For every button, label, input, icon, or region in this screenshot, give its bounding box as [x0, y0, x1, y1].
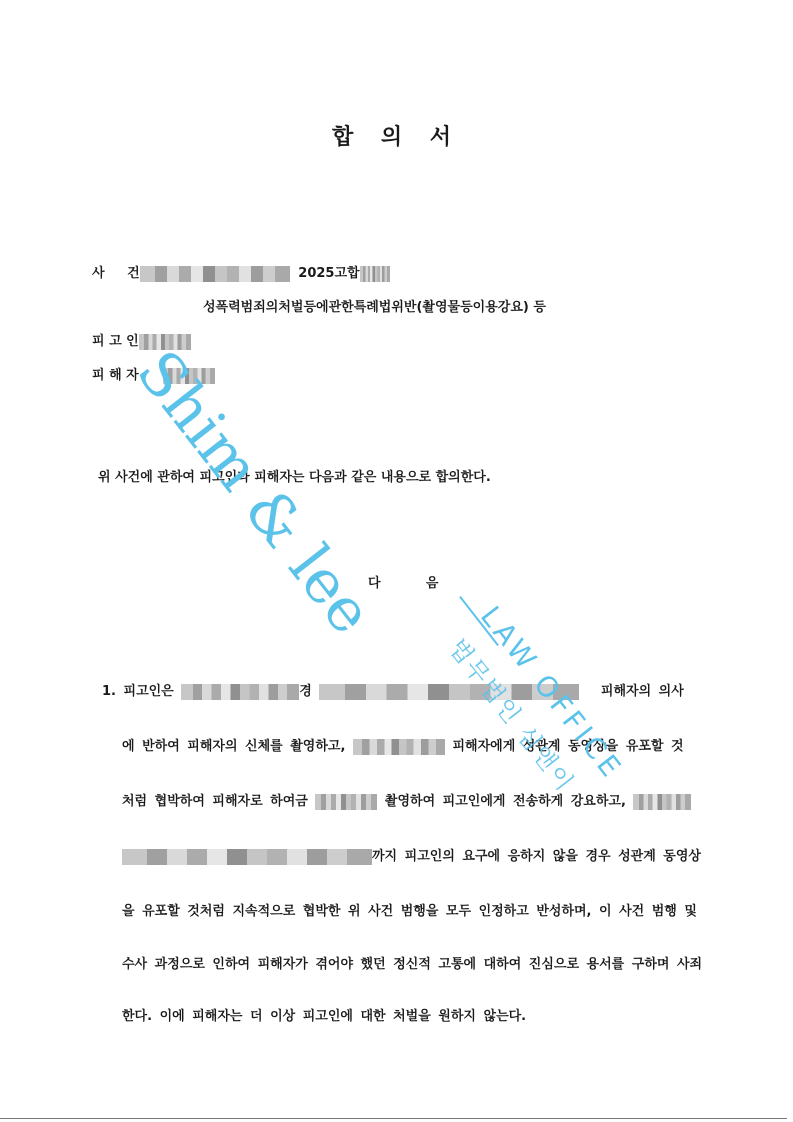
- clause-1-line-1: 1. 피고인은 경 피해자의 의사: [102, 680, 684, 700]
- clause-text: 경: [299, 684, 312, 699]
- clause-text: 1. 피고인은: [102, 684, 174, 699]
- redacted-detail: [353, 739, 445, 755]
- clause-text: 까지 피고인의 요구에 응하지 않을 경우 성관계 동영상: [372, 849, 701, 864]
- redacted-court: [140, 266, 290, 282]
- clause-1-line-3: 처럼 협박하여 피해자로 하여금 촬영하여 피고인에게 전송하게 강요하고,: [122, 790, 691, 810]
- case-number: 2025고합: [298, 266, 359, 281]
- defendant-row: 피 고 인: [92, 330, 191, 350]
- victim-label: 피 해 자: [92, 368, 139, 383]
- watermark-brand: Shim & lee: [123, 338, 386, 647]
- case-row: 사 건 2025고합: [92, 262, 390, 282]
- case-name: 성폭력범죄의처벌등에관한특례법위반(촬영물등이용강요) 등: [203, 296, 546, 315]
- clause-1-line-6: 수사 과정으로 인하여 피해자가 겪어야 했던 정신적 고통에 대하여 진심으로…: [122, 953, 702, 972]
- redacted-date: [181, 684, 299, 700]
- agreement-document: 합 의 서 사 건 2025고합 성폭력범죄의처벌등에관한특례법위반(촬영물등이…: [0, 0, 793, 1122]
- section-heading: 다 음: [368, 572, 438, 591]
- redacted-detail: [315, 794, 377, 810]
- redacted-location: [319, 684, 579, 700]
- victim-row: 피 해 자: [92, 364, 215, 384]
- watermark-divider: [459, 596, 499, 646]
- watermark-korean-name: 법무법인 심앤이: [442, 630, 584, 798]
- redacted-detail: [633, 794, 691, 810]
- defendant-label: 피 고 인: [92, 334, 139, 349]
- redacted-case-number: [360, 266, 390, 282]
- intro-sentence: 위 사건에 관하여 피고인과 피해자는 다음과 같은 내용으로 합의한다.: [98, 466, 491, 485]
- redacted-period: [122, 849, 372, 865]
- redacted-defendant-name: [139, 334, 191, 350]
- clause-text: 처럼 협박하여 피해자로 하여금: [122, 794, 308, 809]
- clause-1-line-2: 에 반하여 피해자의 신체를 촬영하고, 피해자에게 성관계 동영상을 유포할 …: [122, 735, 684, 755]
- document-title: 합 의 서: [0, 120, 793, 151]
- case-label: 사 건: [92, 266, 140, 281]
- clause-text: 피해자의 의사: [601, 684, 684, 699]
- clause-text: 촬영하여 피고인에게 전송하게 강요하고,: [385, 794, 626, 809]
- page-bottom-border: [0, 1118, 787, 1119]
- clause-1-line-7: 한다. 이에 피해자는 더 이상 피고인에 대한 처벌을 원하지 않는다.: [122, 1005, 526, 1024]
- clause-text: 피해자에게 성관계 동영상을 유포할 것: [452, 739, 683, 754]
- clause-1-line-4: 까지 피고인의 요구에 응하지 않을 경우 성관계 동영상: [122, 845, 701, 865]
- clause-1-line-5: 을 유포할 것처럼 지속적으로 협박한 위 사건 범행을 모두 인정하고 반성하…: [122, 900, 697, 919]
- clause-text: 에 반하여 피해자의 신체를 촬영하고,: [122, 739, 345, 754]
- redacted-victim-name: [163, 368, 215, 384]
